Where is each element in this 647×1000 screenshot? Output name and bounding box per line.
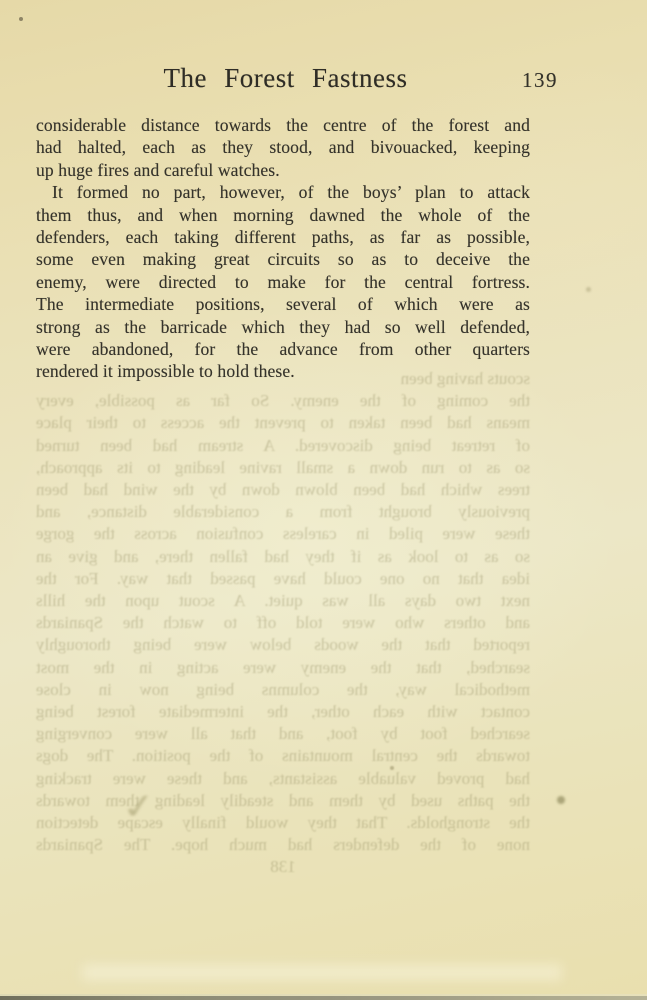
bleedthrough-line: had proved valuable assistants, and thes… [36, 768, 530, 790]
text-line: them thus, and when morning dawned the w… [36, 204, 530, 226]
bleedthrough-line: searched, that the enemy were acting in … [36, 657, 530, 679]
paper-speck [19, 17, 23, 21]
bleedthrough-line: previously brought from a considerable d… [36, 501, 530, 523]
bleedthrough-line: searched foot by foot, and that all were… [36, 723, 530, 745]
bleedthrough-line: these were piled in careless confusion a… [36, 523, 530, 545]
bleedthrough-line: reported that the woods below were being… [36, 634, 530, 656]
bleedthrough-line: so as to run down a small ravine leading… [36, 457, 530, 479]
scan-edge [0, 996, 647, 1000]
book-page-scan: The Forest Fastness 139 considerable dis… [0, 0, 647, 1000]
bleedthrough-line: towards the central mountains of the pos… [36, 745, 530, 767]
text-line: had halted, each as they stood, and bivo… [36, 136, 530, 158]
bleedthrough-line: and others who were told off to watch th… [36, 612, 530, 634]
text-line: enemy, were directed to make for the cen… [36, 271, 530, 293]
paper-speck [390, 766, 394, 770]
bleedthrough-text: scouts having been the coming of the ene… [36, 368, 530, 879]
bleedthrough-line: the paths used by them and steadily lead… [36, 790, 530, 812]
body-text: considerable distance towards the centre… [36, 114, 530, 383]
page-title: The Forest Fastness [0, 63, 571, 94]
text-line: considerable distance towards the centre… [36, 114, 530, 136]
paper-light-band [82, 965, 562, 980]
bleedthrough-line: the strongholds. That they would finally… [36, 812, 530, 834]
bleedthrough-line: the coming of the enemy. So far as possi… [36, 390, 530, 412]
bleedthrough-line: contact with each other, the intermediat… [36, 701, 530, 723]
page-number: 139 [522, 68, 558, 93]
text-line: strong as the barricade which they had s… [36, 316, 530, 338]
checkmark-smudge: ✓ [119, 784, 158, 828]
bleedthrough-line: methodical way, the columns being now in… [36, 679, 530, 701]
text-line: The intermediate positions, several of w… [36, 293, 530, 315]
bleedthrough-line: none of the defenders had much hope. The… [36, 834, 530, 856]
bleedthrough-line: so as to look as if they had fallen ther… [36, 546, 530, 568]
bleedthrough-line: trees which had been blown down by the w… [36, 479, 530, 501]
bleedthrough-line: of retreat being discovered. A stream ha… [36, 435, 530, 457]
bleedthrough-line: scouts having been [36, 368, 530, 390]
text-line: were abandoned, for the advance from oth… [36, 338, 530, 360]
paper-speck [557, 796, 565, 804]
text-line: some even making great circuits so as to… [36, 248, 530, 270]
bleedthrough-page-number: 138 [36, 856, 530, 878]
paper-speck [586, 287, 591, 292]
bleedthrough-line: idea that no one could have passed that … [36, 568, 530, 590]
text-line: It formed no part, however, of the boys’… [36, 181, 530, 203]
text-line: up huge fires and careful watches. [36, 159, 530, 181]
text-line: defenders, each taking different paths, … [36, 226, 530, 248]
bleedthrough-line: means had been taken to prevent the acce… [36, 412, 530, 434]
bleedthrough-line: next two days all was quiet. A scout upo… [36, 590, 530, 612]
